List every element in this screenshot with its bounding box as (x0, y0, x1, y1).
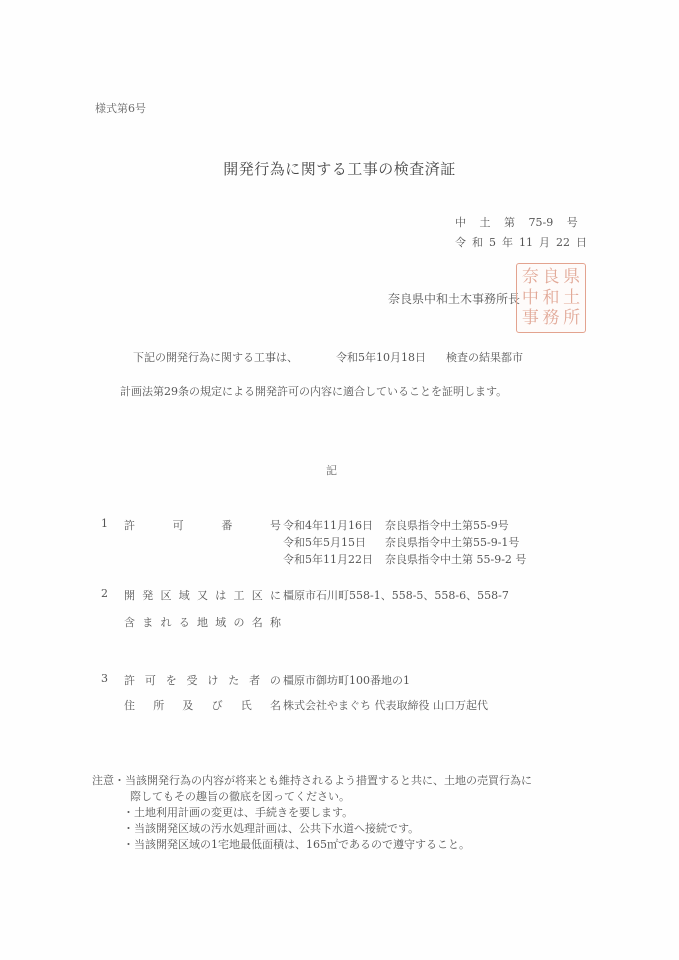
label-char: 区 (161, 587, 172, 603)
label-char: 受 (187, 672, 198, 688)
ki-heading: 記 (326, 462, 337, 478)
development-area-value: 橿原市石川町558-1、558-5、558-6、558-7 (283, 587, 509, 603)
body-prefix: 下記の開発行為に関する工事は、 (133, 351, 298, 364)
permit-number: 奈良県指令中土第55-9-1号 (385, 534, 519, 550)
notes-section: 注意・当該開発行為の内容が将来とも維持されるよう措置すると共に、土地の売買行為に… (92, 773, 532, 853)
form-number: 様式第6号 (95, 100, 146, 116)
label-char: 可 (173, 517, 184, 533)
inspection-date: 令和5年10月18日 (336, 351, 426, 364)
label-char: 所 (153, 697, 164, 713)
label-char: 者 (249, 672, 260, 688)
seal-char: 良 (541, 267, 562, 288)
label-char: 工 (234, 587, 245, 603)
label-char: 名 (270, 697, 281, 713)
notes-heading: 注意 (92, 774, 114, 787)
seal-char: 土 (561, 288, 582, 309)
permit-date: 令和5年11月22日 (283, 551, 373, 567)
label-char: 及 (182, 697, 193, 713)
note-line: ・当該開発区域の1宅地最低面積は、165㎡であるので遵守すること。 (92, 837, 532, 853)
official-seal-stamp: 奈 良 県 中 和 土 事 務 所 (516, 263, 586, 333)
item-label-permit-number: 許 可 番 号 (124, 517, 281, 533)
label-char: 許 (124, 517, 135, 533)
certification-text-line2: 計画法第29条の規定による開発許可の内容に適合していることを証明します。 (120, 383, 507, 399)
item-label-development-area-line1: 開発区域又は工区に (124, 587, 281, 603)
item-label-permit-holder-line1: 許可を受けた者の (124, 672, 281, 688)
item-label-permit-holder-line2: 住所及び氏名 (124, 697, 281, 713)
label-char: ま (142, 614, 153, 630)
label-char: 区 (252, 587, 263, 603)
item-number: 2 (101, 587, 108, 600)
label-char: 開 (124, 587, 135, 603)
label-char: は (215, 587, 226, 603)
seal-char: 務 (541, 308, 562, 329)
label-char: た (228, 672, 239, 688)
label-char: る (179, 614, 190, 630)
label-char: 発 (142, 587, 153, 603)
note-line: ・当該開発区域の汚水処理計画は、公共下水道へ接続です。 (92, 821, 532, 837)
seal-char: 奈 (520, 267, 541, 288)
permit-holder-name: 株式会社やまぐち 代表取締役 山口万起代 (283, 697, 488, 713)
reference-date: 令和5年11月22日 (455, 234, 593, 250)
ref-no-part: 号 (567, 216, 578, 229)
permit-number: 奈良県指令中土第 55-9-2 号 (385, 551, 526, 567)
seal-char: 事 (520, 308, 541, 329)
ref-date-part: 令 (455, 236, 466, 249)
seal-char: 所 (561, 308, 582, 329)
label-char: け (207, 672, 218, 688)
label-char: に (270, 587, 281, 603)
ref-date-part: 月 (539, 236, 550, 249)
label-char: れ (161, 614, 172, 630)
ref-date-part: 5 (489, 236, 496, 249)
label-char: 氏 (241, 697, 252, 713)
issuer-name: 奈良県中和土木事務所長 (388, 290, 520, 307)
note-text: ・当該開発行為の内容が将来とも維持されるよう措置すると共に、土地の売買行為に (114, 774, 532, 787)
label-char: を (166, 672, 177, 688)
body-suffix: 検査の結果都市 (446, 351, 523, 364)
note-line: 際してもその趣旨の徹底を図ってください。 (92, 789, 532, 805)
ref-no-part: 土 (480, 216, 491, 229)
label-char: 域 (215, 614, 226, 630)
label-char: 許 (124, 672, 135, 688)
ref-date-part: 和 (472, 236, 483, 249)
reference-number: 中 土 第 75-9 号 (455, 214, 578, 230)
ref-date-part: 22 (556, 236, 570, 249)
label-char: 称 (270, 614, 281, 630)
label-char: び (212, 697, 223, 713)
ref-no-part: 第 (504, 216, 515, 229)
permit-holder-address: 橿原市御坊町100番地の1 (283, 672, 410, 688)
seal-char: 県 (561, 267, 582, 288)
label-char: 地 (197, 614, 208, 630)
ref-date-part: 11 (519, 236, 533, 249)
label-char: 番 (221, 517, 232, 533)
ref-date-part: 年 (502, 236, 513, 249)
seal-char: 中 (520, 288, 541, 309)
item-number: 1 (101, 517, 108, 530)
label-char: 域 (179, 587, 190, 603)
permit-date: 令和4年11月16日 (283, 517, 373, 533)
note-line: 注意・当該開発行為の内容が将来とも維持されるよう措置すると共に、土地の売買行為に (92, 773, 532, 789)
label-char: 含 (124, 614, 135, 630)
certification-text-line1: 下記の開発行為に関する工事は、令和5年10月18日検査の結果都市 (133, 349, 523, 365)
permit-number: 奈良県指令中土第55-9号 (385, 517, 509, 533)
label-char: の (234, 614, 245, 630)
item-label-development-area-line2: 含まれる地域の名称 (124, 614, 281, 630)
label-char: 名 (252, 614, 263, 630)
label-char: の (270, 672, 281, 688)
note-line: ・土地利用計画の変更は、手続きを要します。 (92, 805, 532, 821)
label-char: 号 (270, 517, 281, 533)
label-char: 可 (145, 672, 156, 688)
item-number: 3 (101, 672, 108, 685)
seal-char: 和 (541, 288, 562, 309)
ref-no-part: 中 (455, 216, 466, 229)
ref-date-part: 日 (576, 236, 587, 249)
document-title: 開発行為に関する工事の検査済証 (0, 158, 679, 179)
label-char: 住 (124, 697, 135, 713)
permit-date: 令和5年5月15日 (283, 534, 366, 550)
label-char: 又 (197, 587, 208, 603)
ref-no-part: 75-9 (529, 216, 554, 229)
